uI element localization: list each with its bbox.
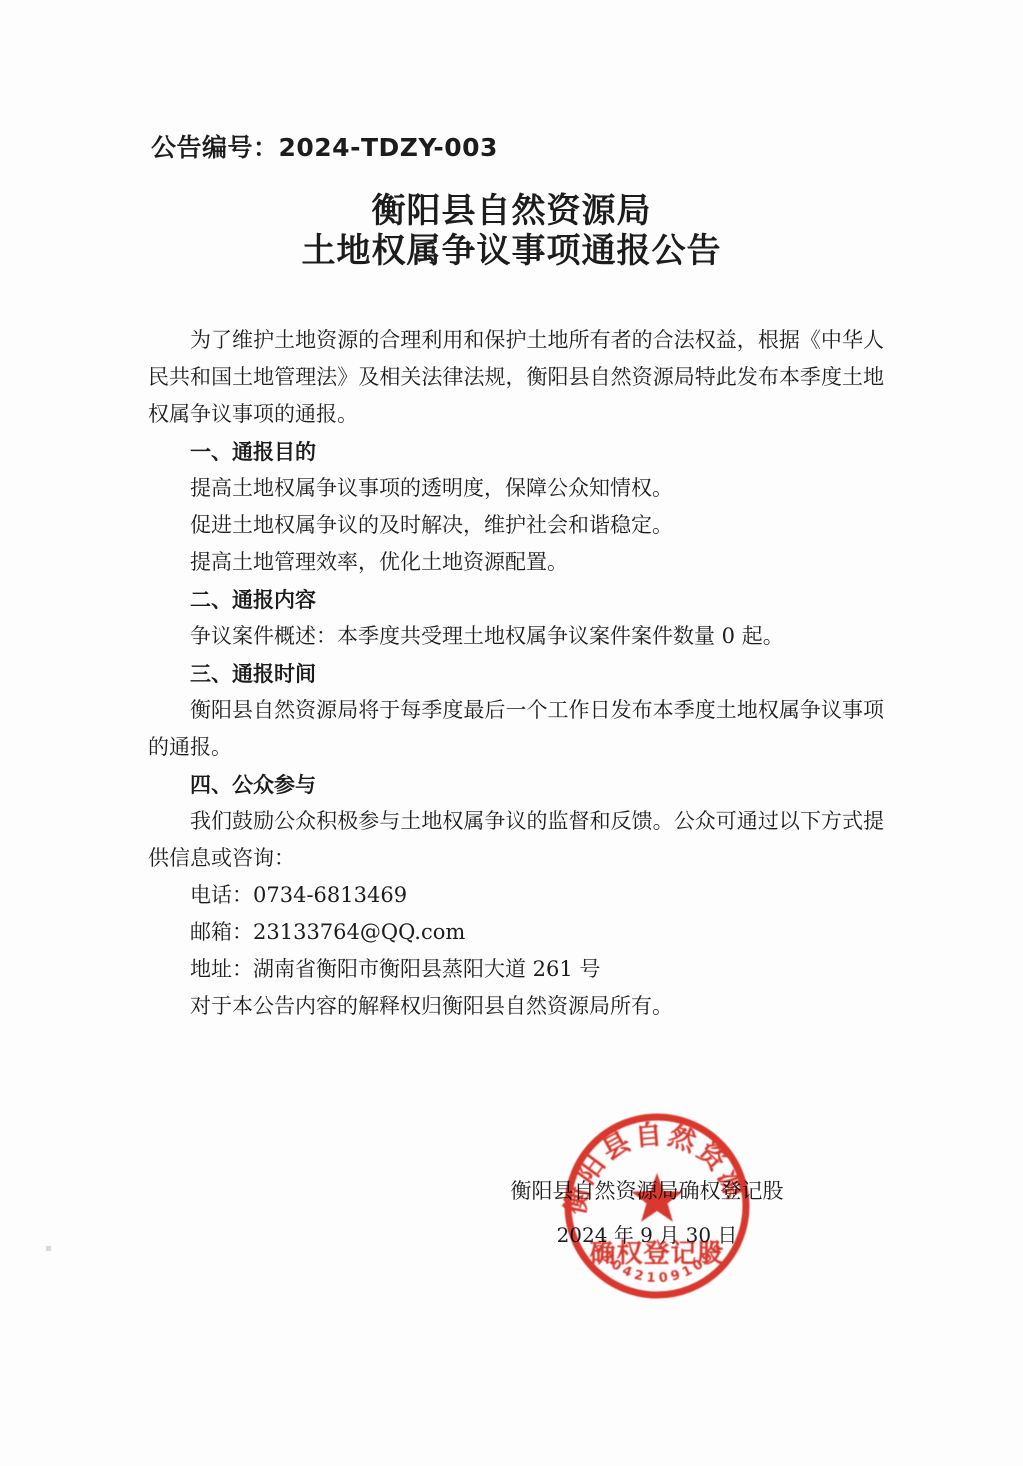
official-seal-stamp: 衡阳县自然资源局 确权登记股 4304210910963 <box>557 1106 757 1306</box>
body-paragraph: 为了维护土地资源的合理利用和保护土地所有者的合法权益，根据《中华人民共和国土地管… <box>148 322 884 433</box>
document-title: 衡阳县自然资源局 土地权属争议事项通报公告 <box>0 191 1023 271</box>
body-paragraph: 邮箱：23133764@QQ.com <box>148 914 884 951</box>
section-heading: 三、通报时间 <box>148 655 884 692</box>
announcement-page: 公告编号：2024-TDZY-003 衡阳县自然资源局 土地权属争议事项通报公告… <box>0 0 1023 1466</box>
body-paragraph: 提高土地权属争议事项的透明度，保障公众知情权。 <box>148 470 884 507</box>
scan-artifact-dot <box>46 1246 51 1251</box>
title-line-2: 土地权属争议事项通报公告 <box>0 231 1023 271</box>
body-paragraph: 我们鼓励公众积极参与土地权属争议的监督和反馈。公众可通过以下方式提供信息或咨询： <box>148 803 884 877</box>
document-body: 为了维护土地资源的合理利用和保护土地所有者的合法权益，根据《中华人民共和国土地管… <box>148 322 884 1025</box>
section-heading: 一、通报目的 <box>148 433 884 470</box>
body-paragraph: 衡阳县自然资源局将于每季度最后一个工作日发布本季度土地权属争议事项的通报。 <box>148 692 884 766</box>
body-paragraph: 促进土地权属争议的及时解决，维护社会和谐稳定。 <box>148 507 884 544</box>
body-paragraph: 争议案件概述：本季度共受理土地权属争议案件案件数量 0 起。 <box>148 618 884 655</box>
notice-number: 公告编号：2024-TDZY-003 <box>151 128 498 164</box>
stamp-star-icon <box>631 1173 682 1222</box>
body-paragraph: 电话：0734-6813469 <box>148 877 884 914</box>
section-heading: 四、公众参与 <box>148 766 884 803</box>
title-line-1: 衡阳县自然资源局 <box>0 191 1023 231</box>
body-paragraph: 对于本公告内容的解释权归衡阳县自然资源局所有。 <box>148 988 884 1025</box>
body-paragraph: 提高土地管理效率，优化土地资源配置。 <box>148 544 884 581</box>
body-paragraph: 地址：湖南省衡阳市衡阳县蒸阳大道 261 号 <box>148 951 884 988</box>
section-heading: 二、通报内容 <box>148 581 884 618</box>
